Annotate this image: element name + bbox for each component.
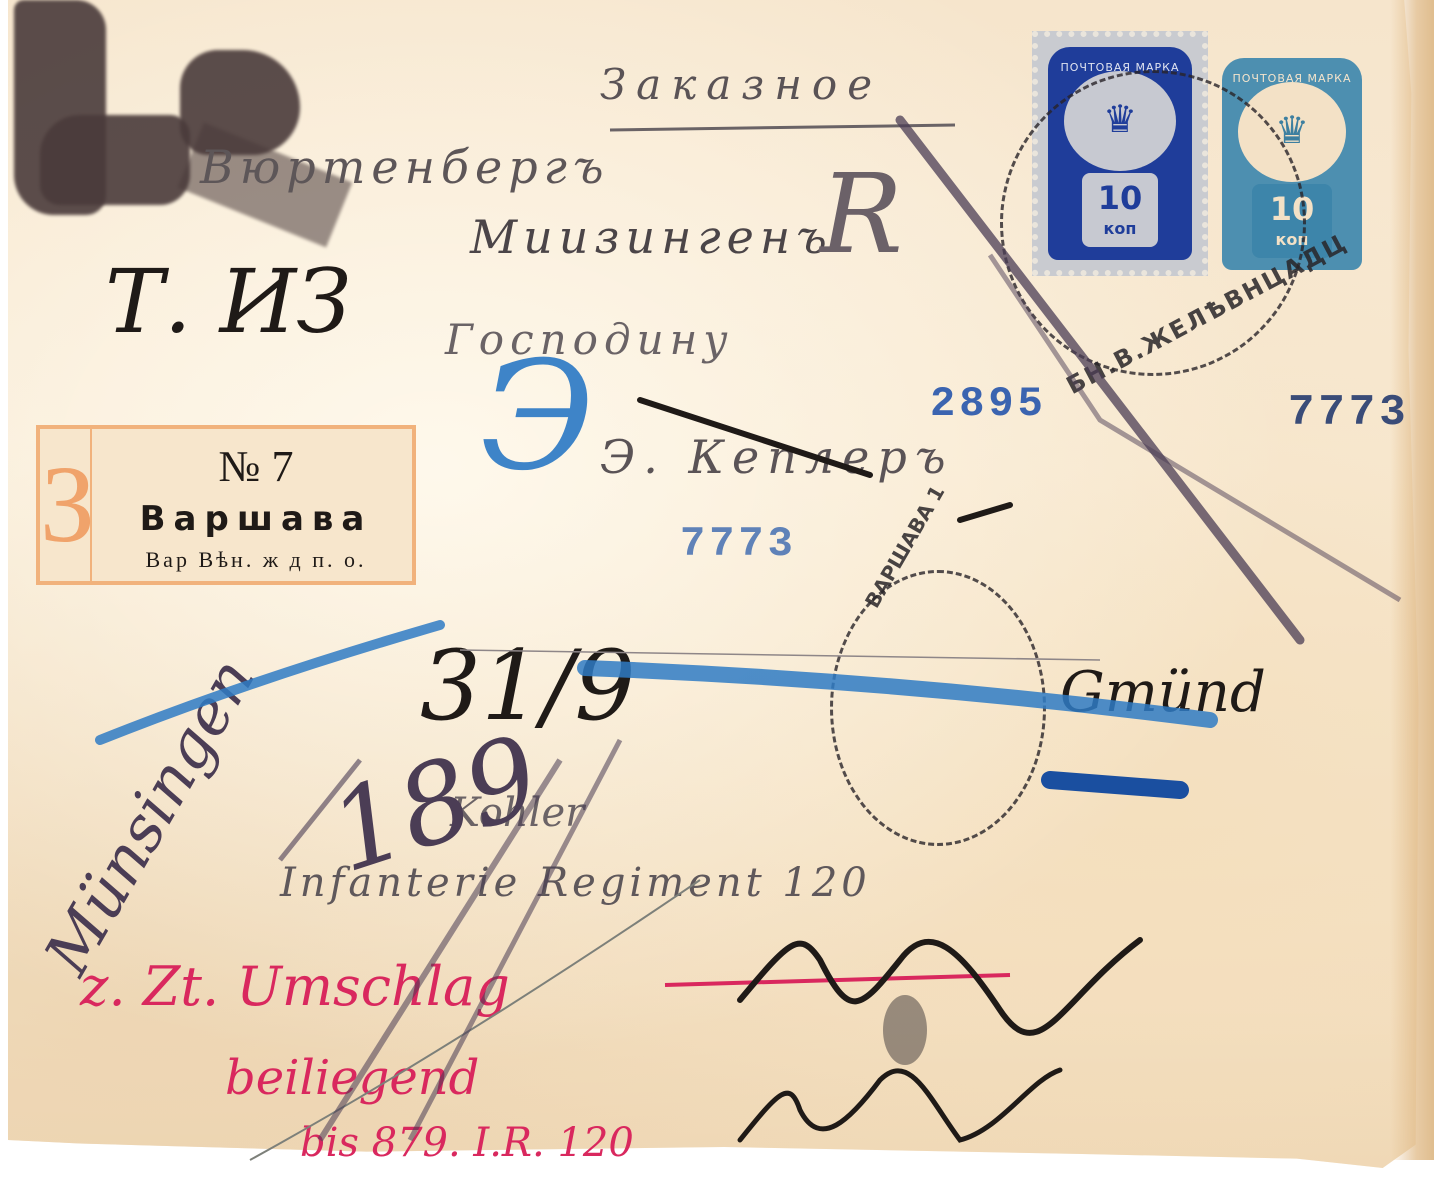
red-note-line-3: bis 879. I.R. 120 [300, 1120, 634, 1166]
edge-stain [1390, 0, 1434, 1160]
postmark-warsaw-center [830, 570, 1046, 846]
registration-label: З № 7 Варшава Вар Вѣн. ж д п. о. [36, 425, 416, 585]
registration-office: Вар Вѣн. ж д п. о. [100, 547, 412, 573]
blue-crayon-mark: Э [480, 330, 595, 504]
registry-number-2895: 2895 [930, 380, 1047, 428]
addressee-city: Вюртенбергъ [200, 140, 610, 194]
registration-letter: З [40, 429, 92, 581]
ink-blot [40, 115, 190, 205]
registry-number-7773-center: 7773 [680, 520, 797, 568]
german-city: Gmünd [1060, 660, 1266, 725]
tag-top-handwritten: Т. ИЗ [105, 250, 351, 353]
registry-number-7773-right: 7773 [1288, 388, 1410, 438]
red-note-line-1: z. Zt. Umschlag [80, 955, 510, 1018]
registration-number: № 7 [100, 441, 412, 492]
redirect-number: 31/9 [420, 630, 636, 742]
addressee-town: Миизингенъ [470, 210, 833, 264]
registration-city: Варшава [100, 499, 412, 539]
addressee-name: Э. Кеплеръ [600, 430, 954, 484]
pencil-mark: R [820, 150, 903, 278]
red-note-line-2: beiliegend [225, 1050, 479, 1106]
registered-note: Заказное [600, 60, 882, 109]
